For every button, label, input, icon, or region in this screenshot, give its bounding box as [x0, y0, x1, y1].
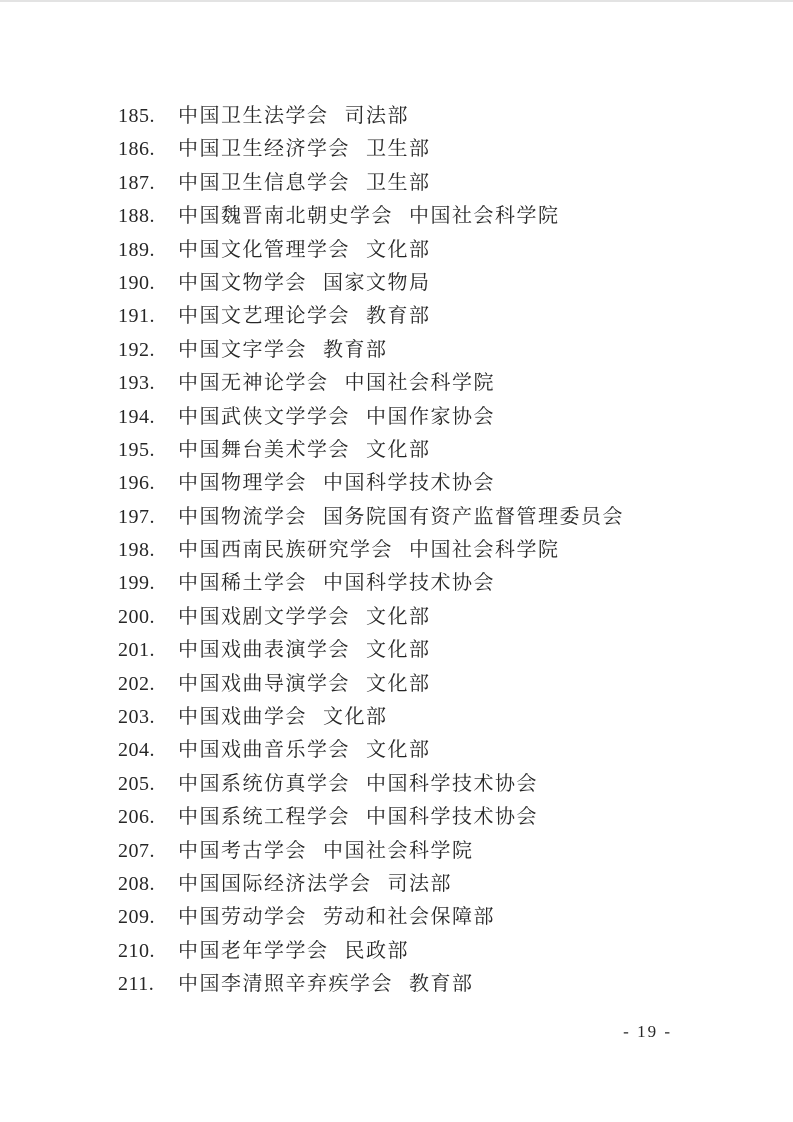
list-item: 207.中国考古学会中国社会科学院 — [118, 835, 624, 868]
item-number: 190. — [118, 267, 178, 300]
supervising-department: 文化部 — [366, 606, 431, 628]
list-item: 205.中国系统仿真学会中国科学技术协会 — [118, 768, 624, 801]
association-name: 中国魏晋南北朝史学会 — [178, 205, 393, 227]
supervising-department: 民政部 — [345, 940, 410, 962]
item-number: 186. — [118, 133, 178, 166]
supervising-department: 教育部 — [409, 973, 474, 995]
item-number: 200. — [118, 601, 178, 634]
item-number: 203. — [118, 701, 178, 734]
list-item: 190.中国文物学会国家文物局 — [118, 267, 624, 300]
item-number: 201. — [118, 634, 178, 667]
item-number: 194. — [118, 401, 178, 434]
supervising-department: 国务院国有资产监督管理委员会 — [323, 506, 624, 528]
supervising-department: 中国科学技术协会 — [366, 806, 538, 828]
list-item: 203.中国戏曲学会文化部 — [118, 701, 624, 734]
association-name: 中国老年学学会 — [178, 940, 329, 962]
item-number: 196. — [118, 467, 178, 500]
supervising-department: 中国科学技术协会 — [366, 773, 538, 795]
association-name: 中国系统工程学会 — [178, 806, 350, 828]
list-item: 191.中国文艺理论学会教育部 — [118, 300, 624, 333]
association-name: 中国戏曲表演学会 — [178, 639, 350, 661]
list-item: 189.中国文化管理学会文化部 — [118, 234, 624, 267]
list-item: 187.中国卫生信息学会卫生部 — [118, 167, 624, 200]
association-name: 中国卫生信息学会 — [178, 172, 350, 194]
supervising-department: 中国科学技术协会 — [323, 472, 495, 494]
association-name: 中国文艺理论学会 — [178, 305, 350, 327]
list-item: 204.中国戏曲音乐学会文化部 — [118, 734, 624, 767]
association-name: 中国戏剧文学学会 — [178, 606, 350, 628]
supervising-department: 文化部 — [366, 639, 431, 661]
association-name: 中国稀土学会 — [178, 572, 307, 594]
item-number: 206. — [118, 801, 178, 834]
item-number: 195. — [118, 434, 178, 467]
list-item: 202.中国戏曲导演学会文化部 — [118, 668, 624, 701]
item-number: 208. — [118, 868, 178, 901]
list-item: 194.中国武侠文学学会中国作家协会 — [118, 401, 624, 434]
supervising-department: 国家文物局 — [323, 272, 431, 294]
association-name: 中国李清照辛弃疾学会 — [178, 973, 393, 995]
page-number: - 19 - — [623, 1022, 672, 1042]
list-item: 199.中国稀土学会中国科学技术协会 — [118, 567, 624, 600]
item-number: 189. — [118, 234, 178, 267]
supervising-department: 司法部 — [345, 105, 410, 127]
supervising-department: 卫生部 — [366, 172, 431, 194]
item-number: 204. — [118, 734, 178, 767]
association-list: 185.中国卫生法学会司法部186.中国卫生经济学会卫生部187.中国卫生信息学… — [118, 100, 624, 1002]
association-name: 中国无神论学会 — [178, 372, 329, 394]
supervising-department: 文化部 — [323, 706, 388, 728]
list-item: 196.中国物理学会中国科学技术协会 — [118, 467, 624, 500]
supervising-department: 教育部 — [323, 339, 388, 361]
list-item: 198.中国西南民族研究学会中国社会科学院 — [118, 534, 624, 567]
association-name: 中国物流学会 — [178, 506, 307, 528]
item-number: 187. — [118, 167, 178, 200]
supervising-department: 中国社会科学院 — [345, 372, 496, 394]
association-name: 中国舞台美术学会 — [178, 439, 350, 461]
item-number: 193. — [118, 367, 178, 400]
item-number: 205. — [118, 768, 178, 801]
supervising-department: 中国社会科学院 — [323, 840, 474, 862]
item-number: 185. — [118, 100, 178, 133]
association-name: 中国西南民族研究学会 — [178, 539, 393, 561]
supervising-department: 中国科学技术协会 — [323, 572, 495, 594]
list-item: 211.中国李清照辛弃疾学会教育部 — [118, 968, 624, 1001]
item-number: 207. — [118, 835, 178, 868]
association-name: 中国戏曲学会 — [178, 706, 307, 728]
supervising-department: 文化部 — [366, 673, 431, 695]
association-name: 中国物理学会 — [178, 472, 307, 494]
list-item: 210.中国老年学学会民政部 — [118, 935, 624, 968]
association-name: 中国卫生法学会 — [178, 105, 329, 127]
supervising-department: 文化部 — [366, 739, 431, 761]
association-name: 中国卫生经济学会 — [178, 138, 350, 160]
supervising-department: 中国作家协会 — [366, 406, 495, 428]
list-item: 209.中国劳动学会劳动和社会保障部 — [118, 901, 624, 934]
list-item: 208.中国国际经济法学会司法部 — [118, 868, 624, 901]
supervising-department: 中国社会科学院 — [409, 539, 560, 561]
list-item: 185.中国卫生法学会司法部 — [118, 100, 624, 133]
supervising-department: 中国社会科学院 — [409, 205, 560, 227]
item-number: 197. — [118, 501, 178, 534]
association-name: 中国文化管理学会 — [178, 239, 350, 261]
item-number: 210. — [118, 935, 178, 968]
list-item: 197.中国物流学会国务院国有资产监督管理委员会 — [118, 501, 624, 534]
supervising-department: 劳动和社会保障部 — [323, 906, 495, 928]
item-number: 211. — [118, 968, 178, 1001]
association-name: 中国文字学会 — [178, 339, 307, 361]
supervising-department: 司法部 — [388, 873, 453, 895]
association-name: 中国系统仿真学会 — [178, 773, 350, 795]
list-item: 193.中国无神论学会中国社会科学院 — [118, 367, 624, 400]
association-name: 中国文物学会 — [178, 272, 307, 294]
item-number: 191. — [118, 300, 178, 333]
item-number: 198. — [118, 534, 178, 567]
item-number: 188. — [118, 200, 178, 233]
list-item: 186.中国卫生经济学会卫生部 — [118, 133, 624, 166]
association-name: 中国考古学会 — [178, 840, 307, 862]
item-number: 202. — [118, 668, 178, 701]
list-item: 195.中国舞台美术学会文化部 — [118, 434, 624, 467]
supervising-department: 文化部 — [366, 439, 431, 461]
supervising-department: 教育部 — [366, 305, 431, 327]
document-page: 185.中国卫生法学会司法部186.中国卫生经济学会卫生部187.中国卫生信息学… — [0, 0, 793, 1122]
list-item: 192.中国文字学会教育部 — [118, 334, 624, 367]
supervising-department: 卫生部 — [366, 138, 431, 160]
list-item: 206.中国系统工程学会中国科学技术协会 — [118, 801, 624, 834]
supervising-department: 文化部 — [366, 239, 431, 261]
association-name: 中国国际经济法学会 — [178, 873, 372, 895]
association-name: 中国戏曲导演学会 — [178, 673, 350, 695]
association-name: 中国劳动学会 — [178, 906, 307, 928]
association-name: 中国戏曲音乐学会 — [178, 739, 350, 761]
item-number: 209. — [118, 901, 178, 934]
list-item: 188.中国魏晋南北朝史学会中国社会科学院 — [118, 200, 624, 233]
list-item: 201.中国戏曲表演学会文化部 — [118, 634, 624, 667]
item-number: 192. — [118, 334, 178, 367]
item-number: 199. — [118, 567, 178, 600]
association-name: 中国武侠文学学会 — [178, 406, 350, 428]
list-item: 200.中国戏剧文学学会文化部 — [118, 601, 624, 634]
